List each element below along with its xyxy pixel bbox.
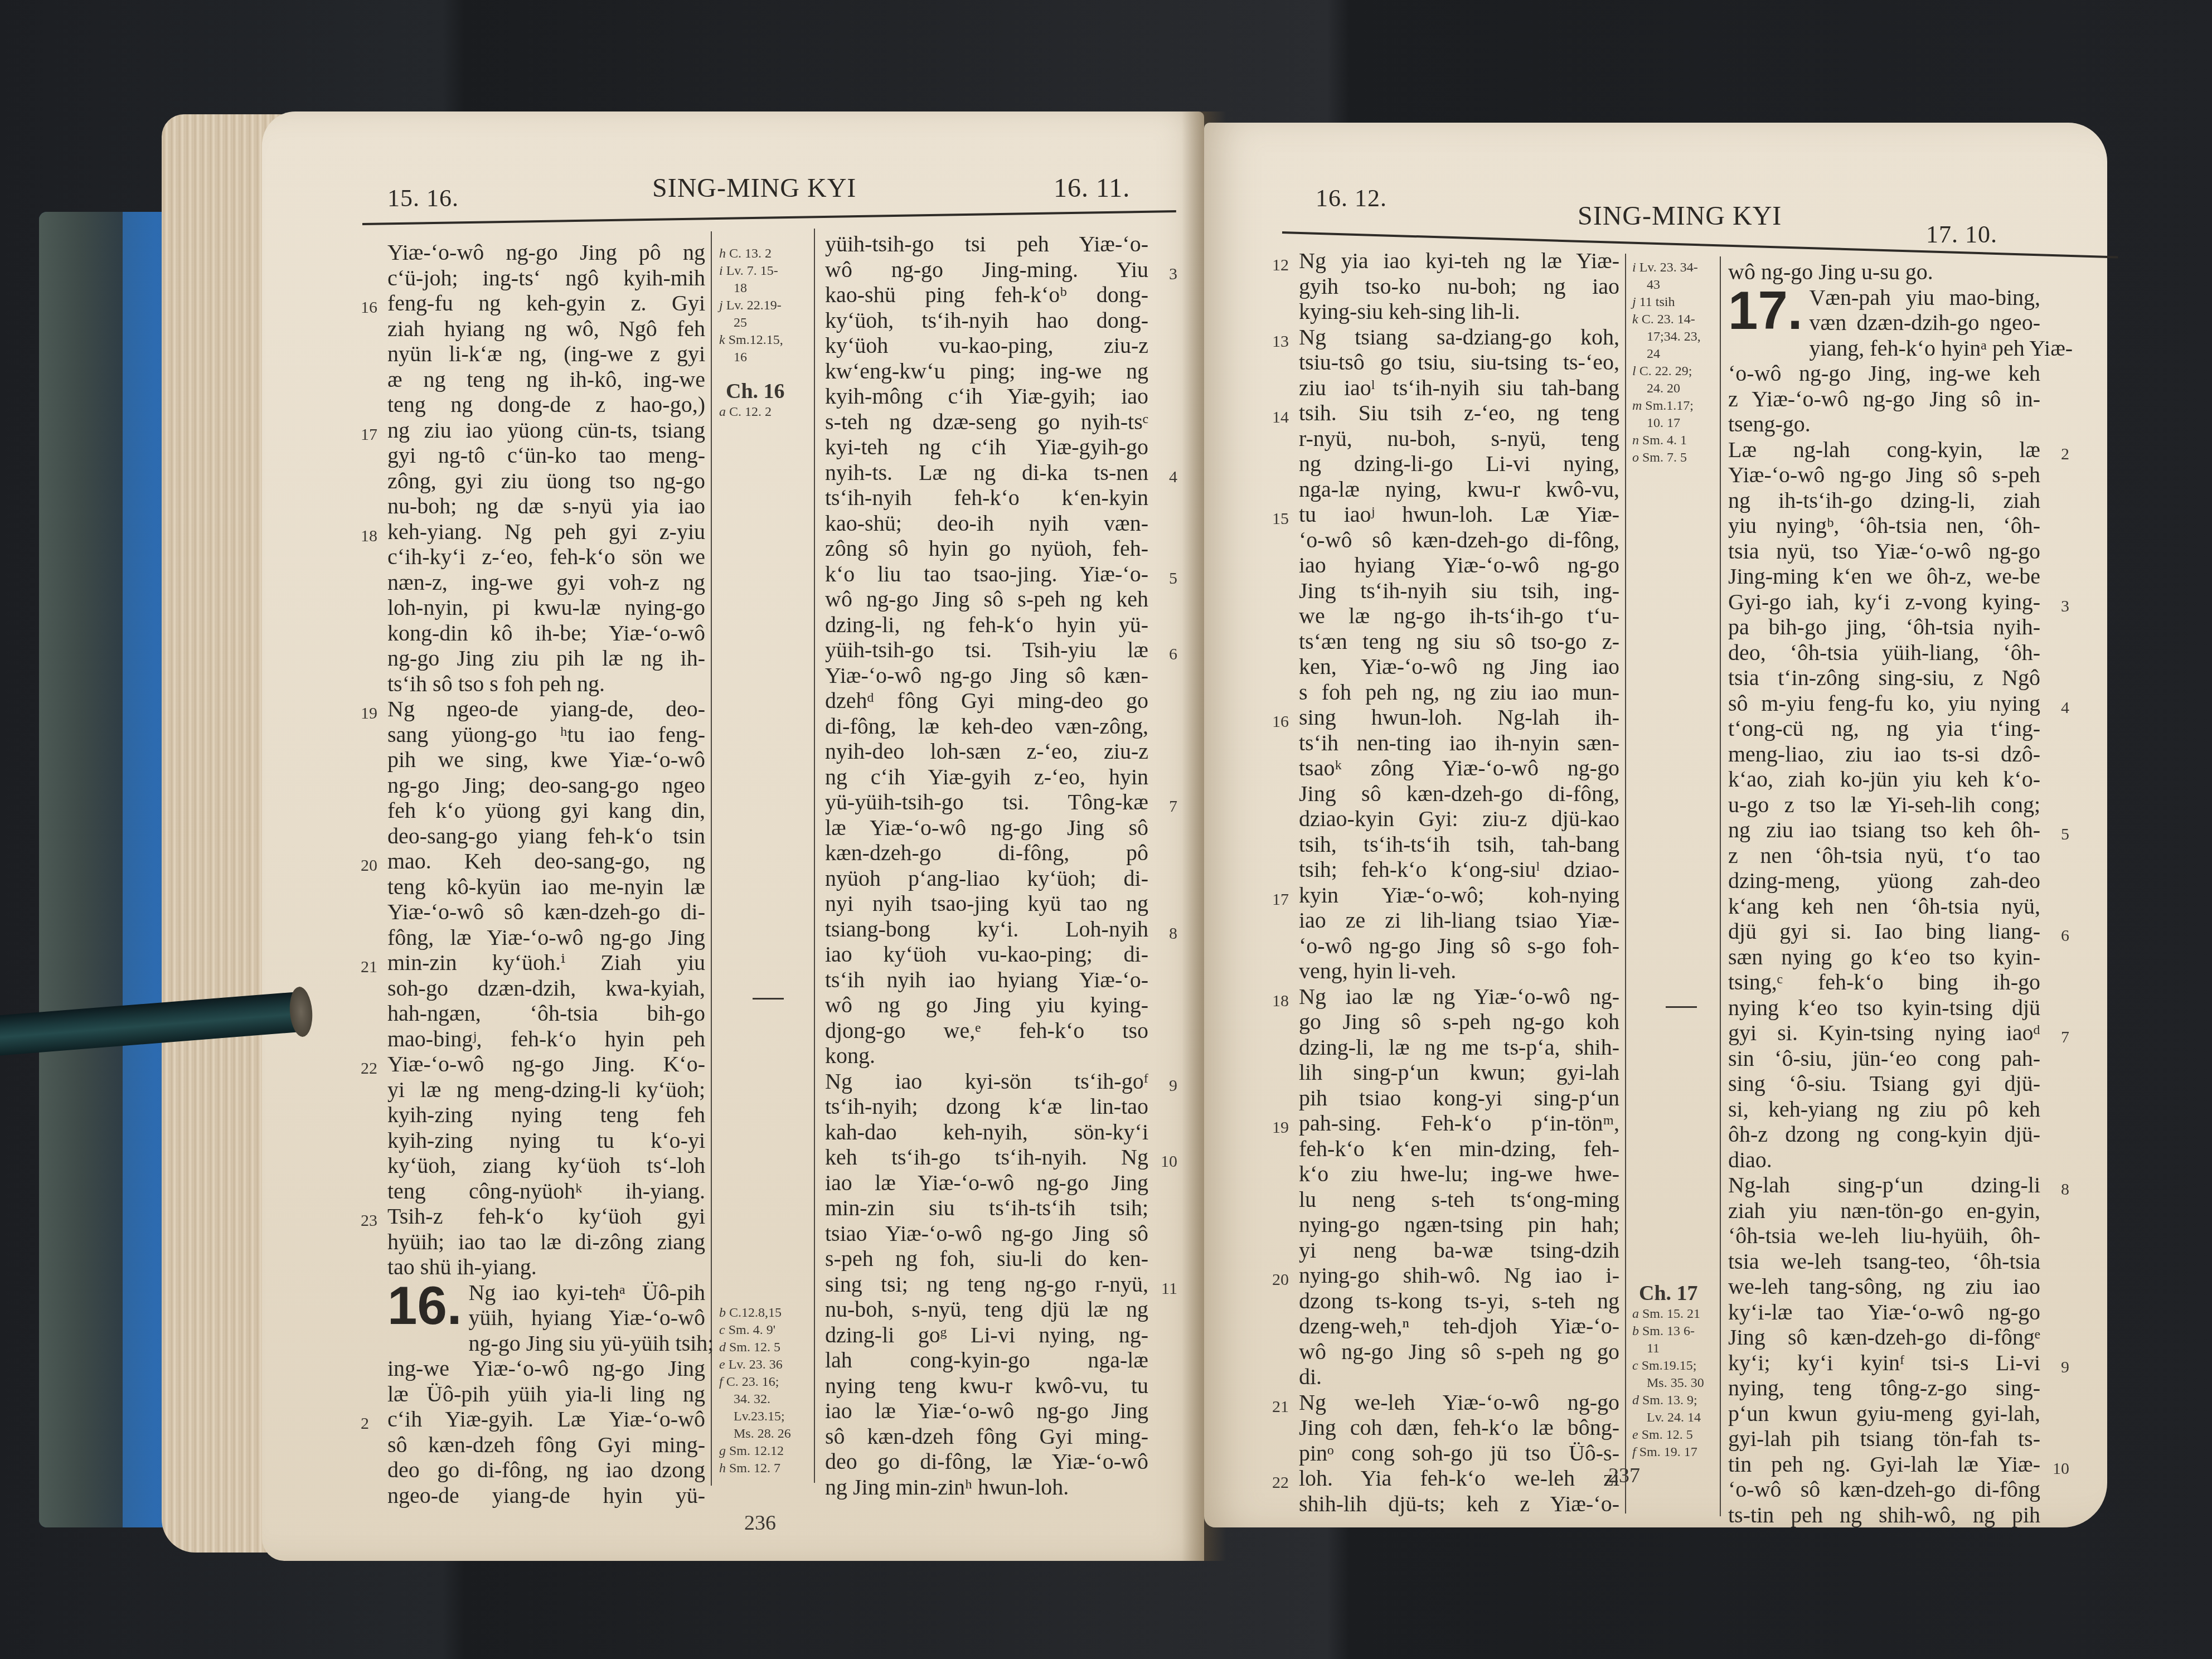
- reference-mark: l: [1632, 364, 1639, 379]
- column-rule: [814, 229, 815, 1483]
- verse-number: 6: [2061, 923, 2069, 949]
- cross-reference: o Sm. 7. 5: [1632, 449, 1719, 467]
- verse-number: 20: [1272, 1267, 1289, 1293]
- reference-text: Lv. 7. 15-: [726, 264, 778, 278]
- cross-reference: m Sm.1.17;: [1632, 397, 1719, 415]
- chapter-label: Ch. 16: [726, 383, 811, 400]
- text-line: diao.: [1728, 1147, 2040, 1173]
- verse-number: 5: [2061, 822, 2069, 847]
- text-line: mao. Keh deo-sang-go, ng: [387, 848, 705, 874]
- text-line: Yiæ-ʻo-wô ng-go Jing sô s-peh: [1728, 462, 2040, 488]
- text-line: s foh peh ng, ng ziu iao mun-: [1299, 680, 1619, 705]
- divider-dash: [753, 998, 784, 1000]
- reference-mark: g: [719, 1444, 729, 1458]
- text-line: nying-go shih-wô. Ng iao i-: [1299, 1263, 1619, 1288]
- right-text-column-2: wô ng-go Jing u-su go.17.Væn-pah yiu mao…: [1728, 259, 2040, 1527]
- text-line: dzing-li, ng feh-kʻo hyin yü-: [825, 612, 1148, 638]
- cross-reference: h Sm. 12. 7: [719, 1460, 791, 1477]
- verse-number: 18: [1272, 988, 1289, 1014]
- page-number-236: 236: [744, 1511, 776, 1535]
- cross-reference: Lv.23.15;: [719, 1408, 791, 1425]
- text-line: iao hyiang Yiæ-ʻo-wô ng-go: [1299, 552, 1619, 578]
- text-line: veng, hyin li-veh.: [1299, 958, 1619, 984]
- verse-number: 4: [2061, 695, 2069, 721]
- text-line: Yiæ-ʻo-wô ng-go Jing sô kæn-: [825, 663, 1148, 688]
- reference-text: 10. 17: [1647, 416, 1680, 430]
- text-line: læ Yiæ-ʻo-wô ng-go Jing sô: [825, 815, 1148, 841]
- text-line: shih-lih djü-ts; keh z Yiæ-ʻo-: [1299, 1491, 1619, 1517]
- text-line: gyih tso-ko nu-boh; ng iao: [1299, 274, 1619, 299]
- cross-reference: 25: [719, 314, 811, 332]
- text-line: pah-sing. Feh-kʻo pʻin-tönᵐ,: [1299, 1110, 1619, 1136]
- verse-number: 23: [361, 1208, 377, 1234]
- text-line: ôh-z dzong ng cong-kyin djü-: [1728, 1122, 2040, 1147]
- text-line: deo go di-fông, læ Yiæ-ʻo-wô: [825, 1449, 1148, 1474]
- text-line: yüih-tsih-go tsi. Tsih-yiu læ: [825, 637, 1148, 663]
- text-line: hyüih; iao tao læ di-zông ziang: [387, 1229, 705, 1255]
- text-line: nying kʻeo tso kyin-tsing djü: [1728, 995, 2040, 1021]
- reference-text: C.12.8,15: [729, 1306, 782, 1320]
- cross-reference: c Sm. 4. 9': [719, 1322, 791, 1339]
- reference-mark: k: [1632, 312, 1642, 327]
- text-line: yi læ ng meng-dzing-li kyʻüoh;: [387, 1077, 705, 1103]
- text-line: kyih-zing nying teng feh: [387, 1102, 705, 1128]
- reference-text: C. 12. 2: [729, 405, 772, 419]
- chapter-number: 16.: [387, 1281, 462, 1331]
- text-line: di.: [1299, 1364, 1619, 1390]
- reference-mark: d: [719, 1340, 729, 1355]
- text-line: tsʻih sô tso s foh peh ng.: [387, 671, 705, 697]
- page-number-237: 237: [1608, 1463, 1640, 1488]
- text-line: wô ng-go Jing sô s-peh ng go: [1299, 1339, 1619, 1365]
- text-line: kong-din kô ih-be; Yiæ-ʻo-wô: [387, 620, 705, 646]
- text-line: nying, teng tông-z-go sing-: [1728, 1375, 2040, 1401]
- text-line: nu-boh; ng dæ s-nyü yia iao: [387, 493, 705, 519]
- text-line: r-nyü, nu-boh, s-nyü, teng: [1299, 426, 1619, 452]
- text-line: go Jing sô s-peh ng-go koh: [1299, 1009, 1619, 1035]
- text-line: ziu iaoˡ tsʻih-nyih siu tah-bang: [1299, 375, 1619, 401]
- text-line: soh-go dzæn-dzih, kwa-kyiah,: [387, 976, 705, 1001]
- reference-text: 18: [734, 281, 747, 295]
- reference-text: C. 23. 16;: [726, 1375, 779, 1389]
- text-line: ing-we Yiæ-ʻo-wô ng-go Jing: [387, 1356, 705, 1381]
- verse-number: 6: [1169, 642, 1177, 667]
- reference-mark: f: [1632, 1445, 1639, 1459]
- left-running-head-verses-end: 16. 11.: [1054, 173, 1130, 203]
- text-line: meng-liao, ziu iao ts-si dzô-: [1728, 741, 2040, 767]
- text-line: kyih-mông cʻih Yiæ-gyih; iao: [825, 384, 1148, 409]
- reference-mark: i: [1632, 260, 1639, 275]
- left-text-column-2: yüih-tsih-go tsi peh Yiæ-ʻo-wô ng-go Jin…: [825, 231, 1148, 1500]
- text-line: ʻôh-tsia we-leh liu-hyüih, ôh-: [1728, 1223, 2040, 1249]
- reference-text: 43: [1647, 278, 1660, 292]
- verse-number: 7: [2061, 1025, 2069, 1050]
- verse-number: 10: [1161, 1149, 1177, 1175]
- text-line: z nen ʻôh-tsia nyü, tʻo tao: [1728, 843, 2040, 869]
- right-running-head-verses-start: 16. 12.: [1316, 184, 1387, 212]
- cross-reference: h C. 13. 2: [719, 245, 811, 263]
- cross-reference: d Sm. 12. 5: [719, 1339, 791, 1356]
- text-line: teng công-nyüohᵏ ih-yiang.: [387, 1178, 705, 1204]
- chapter-16-references: b C.12.8,15c Sm. 4. 9'd Sm. 12. 5e Lv. 2…: [719, 1304, 791, 1477]
- text-line: pih we sing, kwe Yiæ-ʻo-wô: [387, 747, 705, 773]
- right-text-column-1: Ng yia iao kyi-teh ng læ Yiæ-gyih tso-ko…: [1299, 248, 1619, 1516]
- text-line: cʻü-joh; ing-tsʻ ngô kyih-mih: [387, 265, 705, 291]
- text-line: kæn-dzeh-go di-fông, pô: [825, 840, 1148, 866]
- reference-text: Sm. 12. 5: [1642, 1428, 1693, 1442]
- verse-number: 10: [2053, 1456, 2069, 1482]
- text-line: wô ng go Jing yiu kying-: [825, 992, 1148, 1018]
- cross-reference: 10. 17: [1632, 415, 1719, 432]
- text-line: tsiao Yiæ-ʻo-wô ng-go Jing sô: [825, 1221, 1148, 1246]
- text-line: gyi-lah pih tsiang tön-fah ts-: [1728, 1426, 2040, 1452]
- text-line: æ ng teng ng ih-kô, ing-we: [387, 367, 705, 392]
- reference-text: Lv.23.15;: [734, 1409, 785, 1424]
- cross-reference: n Sm. 4. 1: [1632, 432, 1719, 449]
- text-line: nyih-deo loh-sæn z-ʻeo, ziu-z: [825, 739, 1148, 764]
- cross-reference: 34. 32.: [719, 1391, 791, 1408]
- text-line: Læ ng-lah cong-kyin, læ: [1728, 437, 2040, 463]
- text-line: kʻo ziu hwe-lu; ing-we hwe-: [1299, 1161, 1619, 1187]
- reference-mark: j: [1632, 295, 1639, 309]
- text-line: iao læ Yiæ-ʻo-wô ng-go Jing: [825, 1398, 1148, 1424]
- text-line: nying teng kwu-r kwô-vu, tu: [825, 1373, 1148, 1399]
- verse-number: 2: [361, 1411, 369, 1437]
- reference-text: 17;34. 23,: [1647, 329, 1701, 344]
- text-line: næn-z, ing-we gyi voh-z ng: [387, 570, 705, 595]
- reference-mark: i: [719, 264, 726, 278]
- text-line: fông, læ Yiæ-ʻo-wô ng-go Jing: [387, 925, 705, 950]
- text-line: tao shü ih-yiang.: [387, 1254, 705, 1280]
- text-line: ziah yiu næn-tön-go en-gyin,: [1728, 1198, 2040, 1224]
- cross-reference: 11: [1632, 1340, 1704, 1357]
- right-running-title: SING-MING KYI: [1578, 201, 1782, 231]
- reference-text: C. 23. 14-: [1642, 312, 1695, 327]
- cross-reference: g Sm. 12.12: [719, 1443, 791, 1460]
- verse-number: 22: [361, 1056, 377, 1081]
- verse-number: 2: [2061, 442, 2069, 467]
- text-line: djü gyi si. Iao bing liang-: [1728, 919, 2040, 944]
- text-line: Jing coh dæn, feh-kʻo læ bông-: [1299, 1415, 1619, 1440]
- verse-number: 19: [1272, 1115, 1289, 1141]
- verse-number: 11: [1161, 1276, 1177, 1302]
- text-line: iao kyʻüoh vu-kao-ping; di-: [825, 942, 1148, 967]
- cross-reference: Ms. 35. 30: [1632, 1375, 1704, 1392]
- text-line: ʻo-wô ng-go Jing, ing-we keh: [1728, 361, 2040, 386]
- text-line: dzehᵈ fông Gyi ming-deo go: [825, 688, 1148, 714]
- text-line: sing ʻô-siu. Tsiang gyi djü-: [1728, 1071, 2040, 1097]
- verse-number: 18: [361, 523, 377, 549]
- verse-number: 22: [1272, 1470, 1289, 1496]
- text-line: nga-læ nying, kwu-r kwô-vu,: [1299, 477, 1619, 502]
- cross-reference: i Lv. 23. 34-: [1632, 259, 1719, 276]
- text-line: Jing sô kæn-dzeh-go di-fông,: [1299, 781, 1619, 807]
- cross-reference: 43: [1632, 276, 1719, 294]
- text-line: sô m-yiu feng-fu ko, yiu nying: [1728, 691, 2040, 716]
- left-running-head-verses-start: 15. 16.: [387, 184, 459, 212]
- reference-text: Sm. 13 6-: [1642, 1324, 1695, 1338]
- text-line: ziah hyiang ng wô, Ngô feh: [387, 316, 705, 342]
- reference-mark: h: [719, 246, 729, 261]
- text-line: kyih-zing nying tu kʻo-yi: [387, 1128, 705, 1153]
- text-line: yüih-tsih-go tsi peh Yiæ-ʻo-: [825, 231, 1148, 257]
- text-line: kʻao, ziah ko-jün yiu keh kʻo-: [1728, 767, 2040, 792]
- reference-text: Sm.12.15,: [729, 333, 783, 347]
- text-line: deo-sang-go yiang feh-kʻo tsin: [387, 823, 705, 849]
- text-line: nyüoh pʻang-liao kyʻüoh; di-: [825, 866, 1148, 891]
- text-line: ʻo-wô sô kæn-dzeh-go di-fông,: [1299, 527, 1619, 553]
- text-line: sô kæn-dzeh fông Gyi ming-: [825, 1424, 1148, 1449]
- text-line: ng Jing min-zinʰ hwun-loh.: [825, 1474, 1148, 1500]
- text-line: kyʻi; kyʻi kyinᶠ tsi-s Li-vi: [1728, 1350, 2040, 1376]
- text-line: pa bih-go jing, ʻôh-tsia nyih-: [1728, 614, 2040, 640]
- cross-reference: d Sm. 13. 9;: [1632, 1392, 1704, 1409]
- text-line: Jing-ming kʻen we ôh-z, we-be: [1728, 564, 2040, 589]
- text-line: Tsih-z feh-kʻo kyʻüoh gyi: [387, 1204, 705, 1229]
- text-line: tsih, tsʻih-tsʻih tsih, tah-bang: [1299, 832, 1619, 857]
- text-line: lih sing-pʻun kwun; gyi-lah: [1299, 1060, 1619, 1085]
- text-line: Yiæ-ʻo-wô sô kæn-dzeh-go di-: [387, 899, 705, 925]
- text-line: nu-boh, s-nyü, teng djü læ ng: [825, 1297, 1148, 1322]
- text-line: we læ ng-go ih-tsʻih-go tʻu-: [1299, 603, 1619, 629]
- reference-mark: o: [1632, 450, 1642, 465]
- left-running-title: SING-MING KYI: [652, 173, 856, 203]
- reference-mark: b: [719, 1306, 729, 1320]
- text-line: s-teh ng dzæ-seng go nyih-tsᶜ: [825, 409, 1148, 435]
- text-line: Ng iao kyi-sön tsʻih-goᶠ: [825, 1069, 1148, 1094]
- verse-number: 21: [361, 954, 377, 980]
- reference-text: Sm.1.17;: [1645, 399, 1694, 413]
- text-line: di-fông, læ keh-deo væn-zông,: [825, 714, 1148, 739]
- text-line: tsʻih nen-ting iao ih-nyin sæn-: [1299, 730, 1619, 756]
- text-line: Jing sô kæn-dzeh-go di-fôngᵉ: [1728, 1325, 2040, 1350]
- reference-text: Sm. 12.12: [729, 1444, 784, 1458]
- text-line: wô ng-go Jing sô s-peh ng keh: [825, 586, 1148, 612]
- cross-reference: Lv. 24. 14: [1632, 1409, 1704, 1427]
- text-line: ʻo-wô sô kæn-dzeh-go di-fông: [1728, 1477, 2040, 1502]
- text-line: deo go di-fông, ng iao dzong: [387, 1457, 705, 1483]
- reference-mark: c: [1632, 1359, 1642, 1373]
- text-line: dzing-meng, yüong zah-deo: [1728, 868, 2040, 894]
- column-rule: [711, 231, 712, 1486]
- cross-reference: b C.12.8,15: [719, 1304, 791, 1322]
- text-line: keh-yiang. Ng peh gyi z-yiu: [387, 519, 705, 545]
- reference-mark: a: [1632, 1307, 1642, 1321]
- text-line: tseng-go.: [1728, 411, 2040, 437]
- reference-mark: c: [719, 1323, 729, 1337]
- text-line: deo, ʻôh-tsia yüih-liang, ʻôh-: [1728, 640, 2040, 666]
- reference-mark: h: [719, 1461, 729, 1476]
- text-line: nyün li-kʻæ ng, (ing-we z gyi: [387, 341, 705, 367]
- verse-number: 9: [2061, 1355, 2069, 1380]
- reference-text: Sm. 4. 9': [729, 1323, 775, 1337]
- text-line: teng kô-kyün iao me-nyin læ: [387, 874, 705, 900]
- text-line: Yiæ-ʻo-wô ng-go Jing pô ng: [387, 240, 705, 265]
- chapter-16-start: 16.Ng iao kyi-tehᵃ Üô-pihyüih, hyiang Yi…: [387, 1280, 705, 1508]
- text-line: wô ng-go Jing u-su go.: [1728, 259, 2040, 285]
- text-line: tsʻih-nyih feh-kʻo kʻen-kyin: [825, 485, 1148, 511]
- reference-text: Lv. 23. 36: [729, 1357, 783, 1372]
- reference-text: Ms. 35. 30: [1647, 1376, 1704, 1390]
- text-line: kao-shü ping feh-kʻoᵇ dong-: [825, 282, 1148, 308]
- text-line: kyi-teh ng cʻih Yiæ-gyih-go: [825, 434, 1148, 460]
- text-line: pinᵒ cong soh-go jü tso Üô-s-: [1299, 1440, 1619, 1466]
- cross-reference: i Lv. 7. 15-: [719, 263, 811, 280]
- chapter-17-start: 17.Væn-pah yiu mao-bing,væn dzæn-dzih-go…: [1728, 285, 2040, 1528]
- text-line: tʻong-cü ng, ng yia tʻing-: [1728, 716, 2040, 741]
- text-line: tsiang-bong kyʻi. Loh-nyih: [825, 916, 1148, 942]
- text-line: Gyi-go iah, kyʻi z-vong kying-: [1728, 589, 2040, 615]
- cross-reference: b Sm. 13 6-: [1632, 1323, 1704, 1340]
- text-line: s-peh ng foh, siu-li do ken-: [825, 1246, 1148, 1272]
- reference-text: 34. 32.: [734, 1392, 770, 1406]
- text-line: tsia we-leh tsang-teo, ʻôh-tsia: [1728, 1249, 2040, 1274]
- text-line: Ng tsiang sa-dziang-go koh,: [1299, 324, 1619, 350]
- text-line: yiu nyingᵇ, ʻôh-tsia nen, ʻôh-: [1728, 513, 2040, 539]
- text-line: kong.: [825, 1043, 1148, 1069]
- cross-reference: j 11 tsih: [1632, 294, 1719, 311]
- text-line: Ng yia iao kyi-teh ng læ Yiæ-: [1299, 248, 1619, 274]
- text-line: tsiu-tsô go tsiu, siu-tsing ts-ʻeo,: [1299, 350, 1619, 375]
- cross-reference: k C. 23. 14-: [1632, 311, 1719, 328]
- text-line: feh-kʻo kʻen min-dzing, feh-: [1299, 1136, 1619, 1162]
- text-line: dzeng-weh,ⁿ teh-djoh Yiæ-ʻo-: [1299, 1313, 1619, 1339]
- cross-reference: 17;34. 23,: [1632, 328, 1719, 346]
- text-line: feh kʻo yüong gyi kang din,: [387, 798, 705, 823]
- reference-text: Sm. 12. 7: [729, 1461, 780, 1476]
- text-line: Jing tsʻih-nyih siu tsih, ing-: [1299, 578, 1619, 604]
- divider-dash: [1666, 1006, 1697, 1008]
- reference-text: Sm. 13. 9;: [1642, 1393, 1697, 1408]
- verse-number: 3: [2061, 594, 2069, 619]
- verse-number: 3: [1169, 261, 1177, 287]
- text-line: gyi si. Kyin-tsing nying iaoᵈ: [1728, 1020, 2040, 1046]
- text-line: zông, gyi ziu üong tso ng-go: [387, 468, 705, 494]
- text-line: z Yiæ-ʻo-wô ng-go Jing sô in-: [1728, 386, 2040, 412]
- text-line: tsih. Siu tsih z-ʻeo, ng teng: [1299, 400, 1619, 426]
- cross-reference: l C. 22. 29;: [1632, 363, 1719, 380]
- cross-reference: e Lv. 23. 36: [719, 1356, 791, 1374]
- cross-reference: c Sm.19.15;: [1632, 1357, 1704, 1375]
- text-line: loh-nyin, pi kwu-læ nying-go: [387, 595, 705, 620]
- reference-mark: e: [1632, 1428, 1642, 1442]
- text-line: djong-go we,ᵉ feh-kʻo tso: [825, 1018, 1148, 1044]
- reference-text: C. 22. 29;: [1639, 364, 1692, 379]
- reference-text: 24: [1647, 347, 1660, 361]
- text-line: nying-go ngæn-tsing pin hah;: [1299, 1212, 1619, 1238]
- reference-mark: n: [1632, 433, 1642, 448]
- verse-number: 21: [1272, 1394, 1289, 1420]
- reference-text: Lv. 23. 34-: [1639, 260, 1698, 275]
- right-margin-references: i Lv. 23. 34-43j 11 tsihk C. 23. 14-17;3…: [1632, 259, 1719, 467]
- text-line: yü-yüih-tsih-go tsi. Tông-kæ: [825, 789, 1148, 815]
- text-line: teng ng dong-de z hao-go,): [387, 392, 705, 418]
- cross-reference: 24. 20: [1632, 380, 1719, 397]
- text-line: dziao-kyin Gyi: ziu-z djü-kao: [1299, 806, 1619, 832]
- text-line: dzong ts-kong ts-yi, s-teh ng: [1299, 1288, 1619, 1314]
- text-line: kyin Yiæ-ʻo-wô; koh-nying: [1299, 882, 1619, 908]
- text-line: læ Üô-pih yüih yia-li ling ng: [387, 1381, 705, 1407]
- left-page: 15. 16. SING-MING KYI 16. 11. Yiæ-ʻo-wô …: [262, 111, 1204, 1561]
- text-line: sæn nying go kʻeo tso kyin-: [1728, 944, 2040, 970]
- text-line: ng ziu iao tsiang tso keh ôh-: [1728, 817, 2040, 843]
- text-line: tsʻih nyih iao hyiang Yiæ-ʻo-: [825, 967, 1148, 993]
- verse-number: 14: [1272, 405, 1289, 430]
- left-text-column-1: Yiæ-ʻo-wô ng-go Jing pô ngcʻü-joh; ing-t…: [387, 240, 705, 1508]
- verse-number: 4: [1169, 464, 1177, 490]
- reference-text: 16: [734, 350, 747, 365]
- text-line: Ng ngeo-de yiang-de, deo-: [387, 696, 705, 722]
- verse-number: 13: [1272, 329, 1289, 355]
- text-line: tin peh ng. Gyi-lah læ Yiæ-: [1728, 1452, 2040, 1477]
- text-line: pih tsiao kong-yi sing-pʻun: [1299, 1085, 1619, 1111]
- cross-reference: a Sm. 15. 21: [1632, 1306, 1704, 1323]
- column-rule: [1720, 256, 1721, 1516]
- verse-number: 15: [1272, 506, 1289, 532]
- text-line: kao-shü; deo-ih nyih væn-: [825, 511, 1148, 536]
- chapter-17-references: Ch. 17a Sm. 15. 21b Sm. 13 6-11c Sm.19.1…: [1632, 1285, 1704, 1461]
- text-line: min-zin kyʻüoh.ⁱ Ziah yiu: [387, 950, 705, 976]
- text-line: ʻo-wô ng-go Jing sô s-go foh-: [1299, 933, 1619, 959]
- verse-number: 17: [1272, 887, 1289, 913]
- reference-mark: m: [1632, 399, 1645, 413]
- text-line: ken, Yiæ-ʻo-wô ng Jing iao: [1299, 654, 1619, 680]
- cross-reference: e Sm. 12. 5: [1632, 1427, 1704, 1444]
- text-line: tsia tʻin-zông sing-siu, z Ngô: [1728, 665, 2040, 691]
- reference-mark: d: [1632, 1393, 1642, 1408]
- text-line: kwʻeng-kwʻu ping; ing-we ng: [825, 358, 1148, 384]
- text-line: si, keh-yiang ng ziu pô keh: [1728, 1097, 2040, 1122]
- cross-reference: Ms. 28. 26: [719, 1425, 791, 1443]
- text-line: Ng we-leh Yiæ-ʻo-wô ng-go: [1299, 1390, 1619, 1415]
- text-line: nyi nyih tsao-jing kyü tao ng: [825, 891, 1148, 916]
- text-line: ng-go Jing ziu pih læ ng ih-: [387, 646, 705, 671]
- text-line: Yiæ-ʻo-wô ng-go Jing. Kʻo-: [387, 1051, 705, 1077]
- text-line: ng-go Jing; deo-sang-go ngeo: [387, 773, 705, 798]
- column-rule: [1625, 254, 1626, 1514]
- cross-reference: a C. 12. 2: [719, 404, 811, 421]
- right-page: 16. 12. SING-MING KYI 17. 10. Ng yia iao…: [1204, 123, 2107, 1527]
- verse-number: 20: [361, 853, 377, 879]
- left-margin-references: h C. 13. 2i Lv. 7. 15-18j Lv. 22.19-25k …: [719, 245, 811, 421]
- text-line: tsʻæn teng ng siu sô tso-go z-: [1299, 629, 1619, 654]
- text-line: min-zin siu tsʻih-tsʻih tsih;: [825, 1195, 1148, 1221]
- text-line: kyʻi-læ tao Yiæ-ʻo-wô ng-go: [1728, 1299, 2040, 1325]
- reference-text: Sm. 7. 5: [1642, 450, 1687, 465]
- reference-mark: a: [719, 405, 729, 419]
- chapter-label: Ch. 17: [1639, 1285, 1704, 1302]
- text-line: pʻun kwun gyiu-meng gyi-lah,: [1728, 1401, 2040, 1427]
- text-line: cʻih Yiæ-gyih. Læ Yiæ-ʻo-wô: [387, 1406, 705, 1432]
- text-line: sing tsi; ng teng ng-go r-nyü,: [825, 1272, 1148, 1297]
- text-line: keh tsʻih-go tsʻih-nyih. Ng: [825, 1144, 1148, 1170]
- text-line: zông sô hyin go nyüoh, feh-: [825, 536, 1148, 561]
- text-line: kying-siu keh-sing lih-li.: [1299, 299, 1619, 324]
- cross-reference: 16: [719, 349, 811, 366]
- text-line: sô kæn-dzeh fông Gyi ming-: [387, 1432, 705, 1458]
- verse-number: 7: [1169, 794, 1177, 819]
- text-line: dzing-li goᵍ Li-vi nying, ng-: [825, 1322, 1148, 1348]
- verse-number: 5: [1169, 566, 1177, 591]
- reference-text: Sm. 15. 21: [1642, 1307, 1700, 1321]
- text-line: Ng-lah sing-pʻun dzing-li: [1728, 1172, 2040, 1198]
- text-line: dzing-li, læ ng me ts-pʻa, shih-: [1299, 1035, 1619, 1060]
- text-line: wô ng-go Jing-ming. Yiu: [825, 257, 1148, 283]
- text-line: kʻang keh nen ʻôh-tsia nyü,: [1728, 894, 2040, 919]
- reference-text: Sm. 12. 5: [729, 1340, 780, 1355]
- text-line: iao ze zi lih-liang tsiao Yiæ-: [1299, 908, 1619, 933]
- text-line: Ng iao læ ng Yiæ-ʻo-wô ng-: [1299, 984, 1619, 1010]
